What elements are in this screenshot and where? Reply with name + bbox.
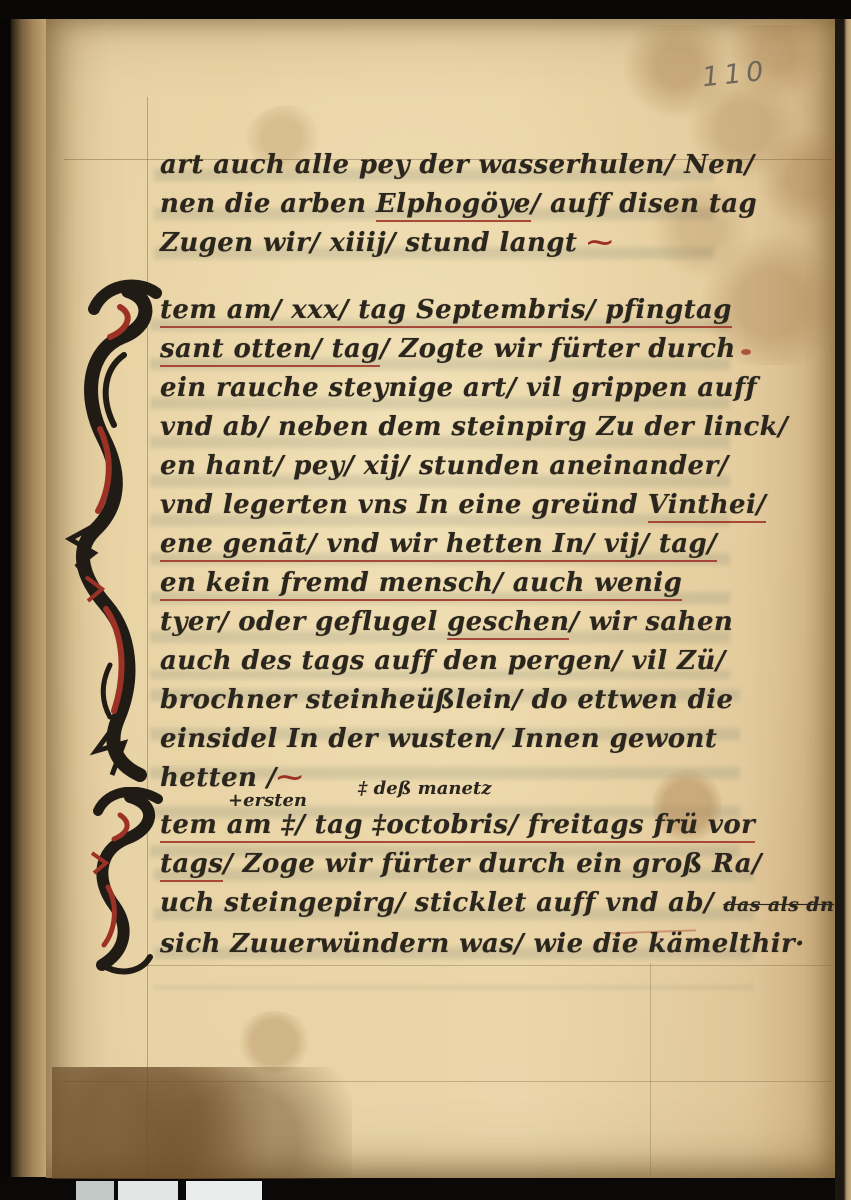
- manuscript-text-segment: art auch alle pey der wasserhulen/ Nen/: [160, 150, 754, 180]
- ruling-line-vertical-right: [650, 963, 651, 1175]
- manuscript-text-segment: vnd ab/ neben dem steinpirg Zu der linck…: [160, 412, 788, 442]
- paragraph-october-entry: tem am ‡/ tag ‡octobris/ freitags frü vo…: [160, 806, 834, 964]
- stain: [236, 1011, 312, 1073]
- cadel-initial-artwork: [78, 787, 170, 983]
- manuscript-text-segment: Vinthei/: [648, 490, 767, 523]
- manuscript-text-segment: Zugen wir/ xiiij/ stund langt: [160, 228, 587, 258]
- manuscript-text-segment: tem am ‡/ tag ‡octobris/ freitags frü vo…: [160, 810, 755, 843]
- manuscript-line: en kein fremd mensch/ auch wenig: [160, 564, 788, 603]
- book-fore-edge: [835, 0, 851, 1200]
- ruling-line-bottom-1: [142, 965, 832, 966]
- manuscript-text-segment: sant otten/ tag: [160, 334, 380, 367]
- manuscript-line: nen die arben Elphogöye/ auff disen tag: [160, 185, 757, 224]
- manuscript-text-segment: / Zogte wir fürter durch: [380, 334, 736, 364]
- manuscript-text-segment: tem am/ xxx/ tag Septembris/ pfingtag: [160, 295, 732, 328]
- manuscript-line: einsidel In der wusten/ Innen gewont: [160, 720, 788, 759]
- manuscript-text-segment: ⁓: [277, 763, 303, 793]
- interlinear-insertion: ‡ deß manetz: [358, 779, 491, 799]
- manuscript-line: tem am ‡/ tag ‡octobris/ freitags frü vo…: [160, 806, 834, 845]
- ruling-line-bottom-2: [60, 1081, 832, 1082]
- manuscript-line: sich Zuuerwündern was/ wie die kämelthir…: [160, 925, 834, 964]
- manuscript-text-segment: / auff disen tag: [531, 189, 757, 219]
- manuscript-text-segment: / wir sahen: [569, 607, 733, 637]
- manuscript-text-segment: sich Zuuerwündern was/ wie die kämelthir…: [160, 929, 805, 959]
- bookmark-tab: [76, 1181, 114, 1200]
- manuscript-line: auch des tags auff den pergen/ vil Zü/: [160, 642, 788, 681]
- book-gutter-edge: [0, 0, 48, 1200]
- manuscript-line: tyer/ oder geflugel geschen/ wir sahen: [160, 603, 788, 642]
- manuscript-line: art auch alle pey der wasserhulen/ Nen/: [160, 146, 757, 185]
- manuscript-text-segment: nen die arben: [160, 189, 376, 219]
- manuscript-text-segment: einsidel In der wusten/ Innen gewont: [160, 724, 717, 754]
- manuscript-line: sant otten/ tag/ Zogte wir fürter durch: [160, 330, 788, 369]
- manuscript-line: Zugen wir/ xiiij/ stund langt ⁓: [160, 224, 757, 263]
- photo-top-border: [0, 0, 851, 19]
- manuscript-text-segment: vnd legerten vns In eine greünd: [160, 490, 648, 520]
- manuscript-text-segment: en hant/ pey/ xij/ stunden aneinander/: [160, 451, 729, 481]
- decorated-initial-I-september: I: [64, 277, 168, 793]
- manuscript-text-segment: das als dn: [723, 894, 834, 916]
- manuscript-line: ene genāt/ vnd wir hetten In/ vij/ tag/: [160, 525, 788, 564]
- decorated-initial-I-october: I: [78, 787, 170, 987]
- manuscript-line: tags/ Zoge wir fürter durch ein groß Ra/: [160, 845, 834, 884]
- manuscript-text-segment: en kein fremd mensch/ auch wenig: [160, 568, 682, 601]
- manuscript-text-segment: ein rauche steynige art/ vil grippen auf…: [160, 373, 757, 403]
- manuscript-line: brochner steinheüßlein/ do ettwen die: [160, 681, 788, 720]
- manuscript-photo: { "folio_number": "110", "colors": { "in…: [0, 0, 851, 1200]
- paragraph-september-entry: tem am/ xxx/ tag Septembris/ pfingtagsan…: [160, 291, 788, 798]
- manuscript-text-segment: Elphogöye: [376, 189, 531, 222]
- manuscript-line: vnd legerten vns In eine greünd Vinthei/: [160, 486, 788, 525]
- manuscript-line: ein rauche steynige art/ vil grippen auf…: [160, 369, 788, 408]
- manuscript-text-segment: hetten /: [160, 763, 277, 793]
- bookmark-tab: [118, 1181, 178, 1200]
- manuscript-text-segment: brochner steinheüßlein/ do ettwen die: [160, 685, 733, 715]
- manuscript-text-segment: tyer/ oder geflugel: [160, 607, 447, 637]
- folio-number: 110: [701, 56, 770, 94]
- cadel-initial-artwork: [64, 277, 168, 789]
- paragraph-wasserhulen: art auch alle pey der wasserhulen/ Nen/n…: [160, 146, 757, 263]
- manuscript-line: uch steingepirg/ sticklet auff vnd ab/ d…: [160, 884, 834, 925]
- manuscript-text-segment: ene genāt/ vnd wir hetten In/ vij/ tag/: [160, 529, 717, 562]
- interlinear-insertion: +ersten: [228, 791, 307, 811]
- manuscript-line: vnd ab/ neben dem steinpirg Zu der linck…: [160, 408, 788, 447]
- manuscript-text-segment: auch des tags auff den pergen/ vil Zü/: [160, 646, 726, 676]
- bookmark-tab: [186, 1181, 262, 1200]
- stain: [52, 1067, 352, 1179]
- manuscript-text-segment: tags: [160, 849, 223, 882]
- manuscript-line: en hant/ pey/ xij/ stunden aneinander/: [160, 447, 788, 486]
- manuscript-text-segment: geschen: [447, 607, 569, 640]
- manuscript-text-segment: ⁓: [587, 228, 613, 258]
- manuscript-page: 110 I I art auch alle pey der wasserhule…: [46, 19, 836, 1178]
- manuscript-text-segment: uch steingepirg/ sticklet auff vnd ab/: [160, 888, 723, 918]
- manuscript-line: tem am/ xxx/ tag Septembris/ pfingtag: [160, 291, 788, 330]
- manuscript-text-segment: / Zoge wir fürter durch ein groß Ra/: [223, 849, 762, 879]
